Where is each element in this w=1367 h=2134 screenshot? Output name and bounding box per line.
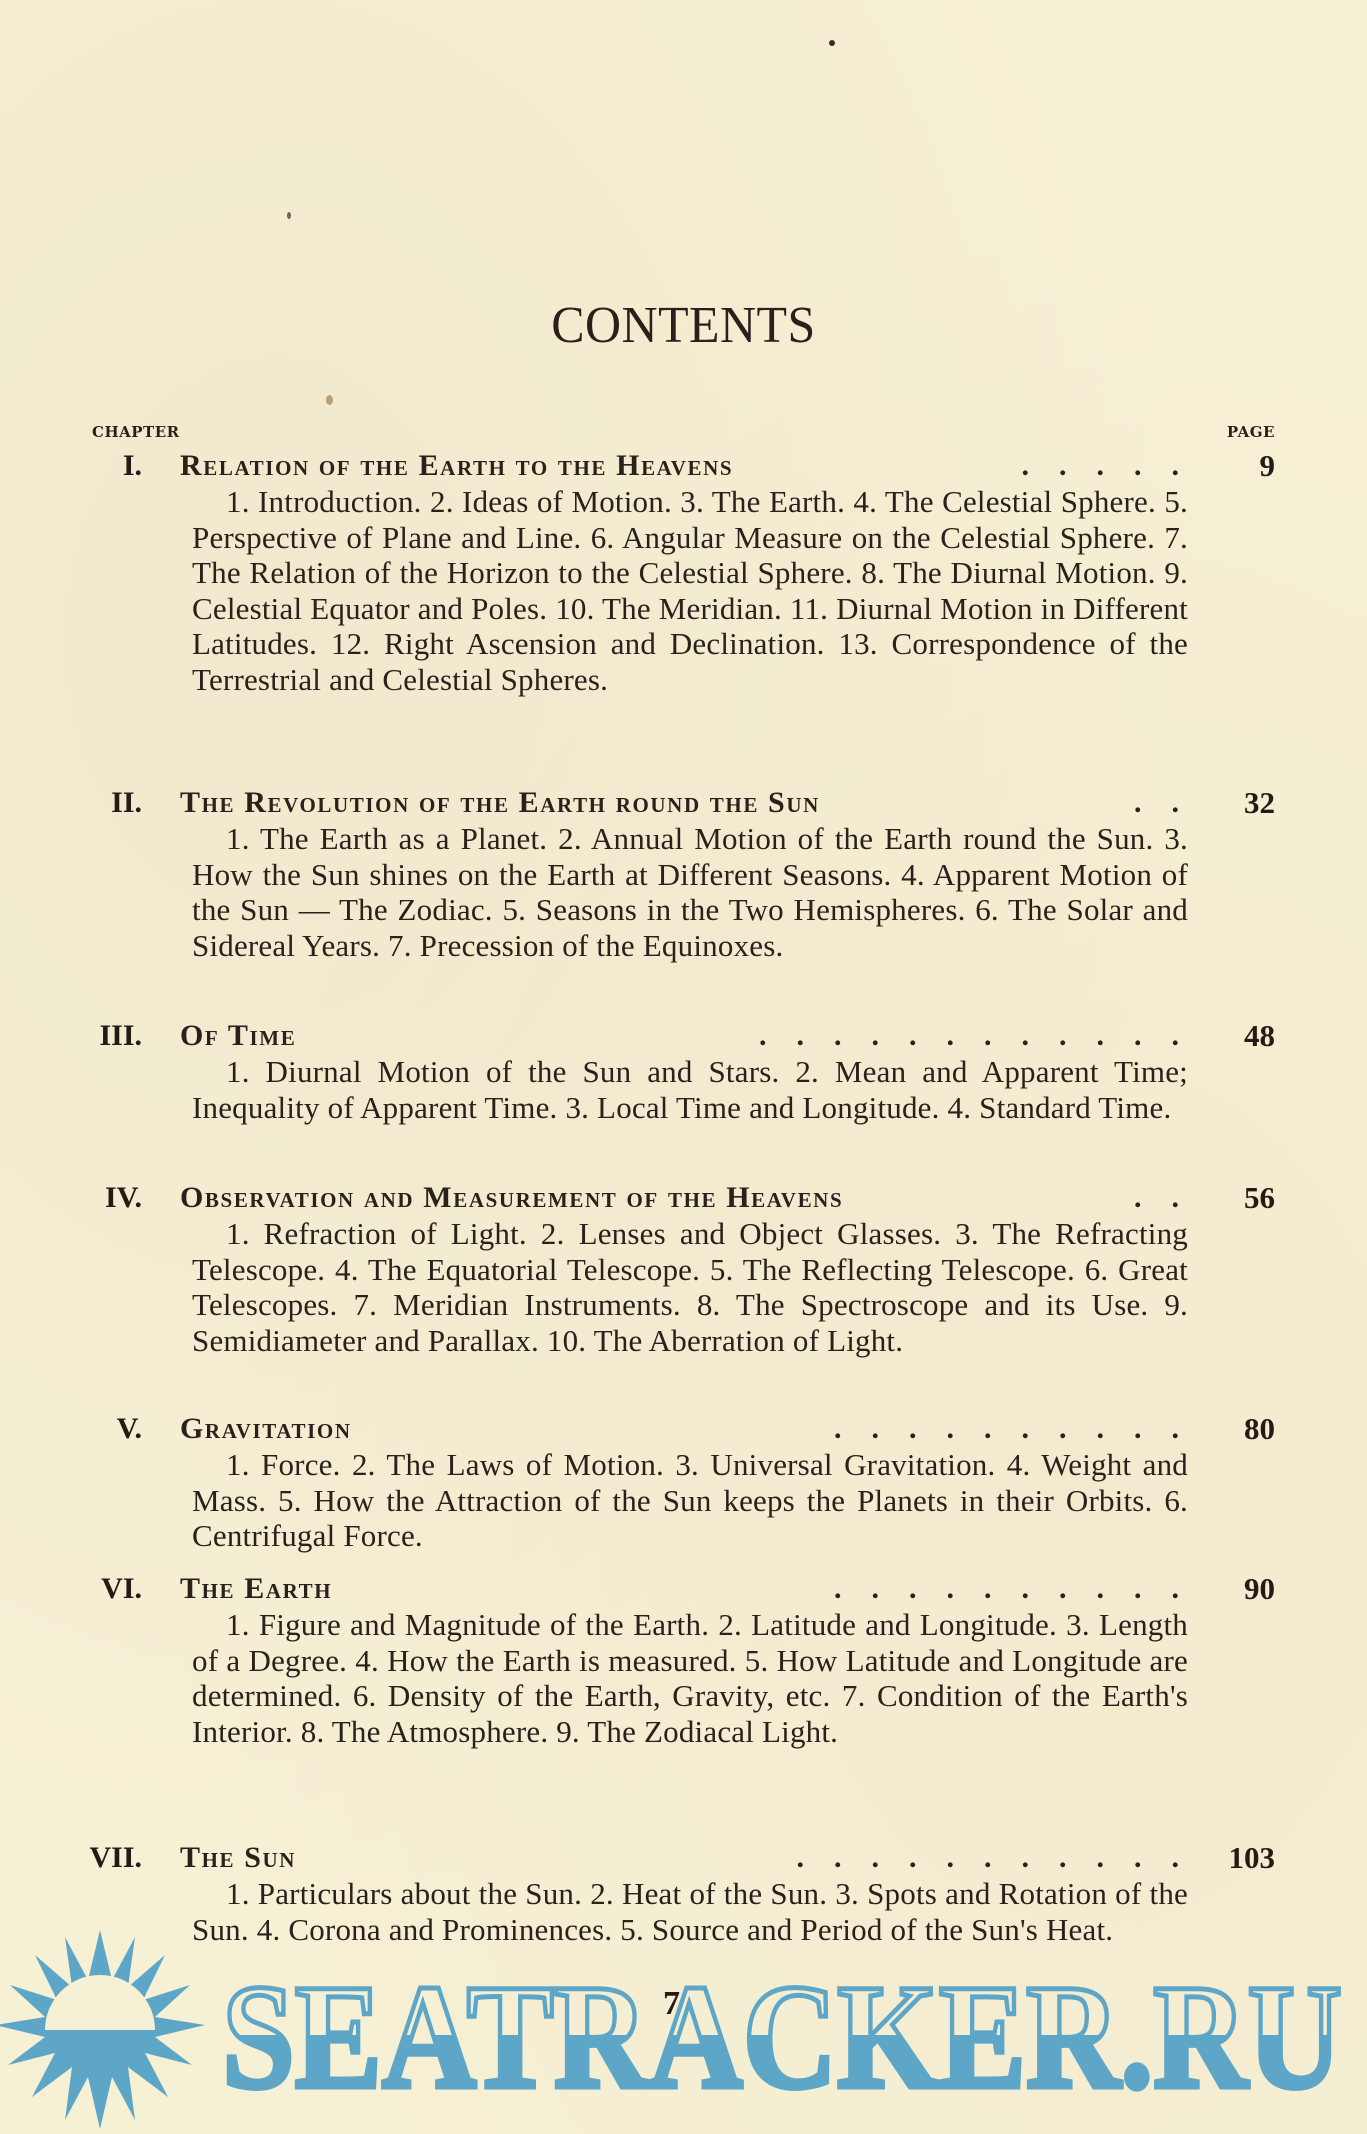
page-number: 7 (663, 1985, 680, 2023)
chapter-page-number[interactable]: 9 (1260, 448, 1276, 484)
chapter-numeral: VII. (89, 1840, 142, 1876)
toc-entry-chapter-5[interactable]: V. Gravitation . . . . . . . . . . 80 1.… (0, 1411, 1367, 1447)
dot-leader: . . (1134, 785, 1179, 821)
dot-leader: . . . . . (1022, 448, 1180, 484)
dot-leader: . . (1134, 1180, 1179, 1216)
chapter-title[interactable]: Observation and Measurement of the Heave… (180, 1180, 843, 1216)
svg-text:SEATRACKER.RU: SEATRACKER.RU (222, 1954, 1342, 2120)
chapter-sections: 1. The Earth as a Planet. 2. Annual Moti… (192, 821, 1188, 963)
svg-text:SEATRACKER.RU: SEATRACKER.RU (222, 1954, 1342, 2120)
chapter-title[interactable]: The Sun (180, 1840, 296, 1876)
chapter-title[interactable]: The Revolution of the Earth round the Su… (180, 785, 820, 821)
toc-entry-chapter-6[interactable]: VI. The Earth . . . . . . . . . . 90 1. … (0, 1571, 1367, 1607)
chapter-title[interactable]: The Earth (180, 1571, 332, 1607)
chapter-sections: 1. Particulars about the Sun. 2. Heat of… (192, 1876, 1188, 1947)
chapter-numeral: III. (99, 1018, 142, 1054)
toc-entry-chapter-1[interactable]: I. Relation of the Earth to the Heavens … (0, 448, 1367, 484)
dot-leader: . . . . . . . . . . (834, 1571, 1179, 1607)
chapter-sections: 1. Figure and Magnitude of the Earth. 2.… (192, 1607, 1188, 1749)
chapter-numeral: II. (111, 785, 142, 821)
chapter-title[interactable]: Relation of the Earth to the Heavens (180, 448, 733, 484)
chapter-title[interactable]: Of Time (180, 1018, 296, 1054)
chapter-page-number[interactable]: 80 (1244, 1411, 1275, 1447)
watermark-text: SEATRACKER.RU SEATRACKER.RU (222, 1954, 1342, 2120)
toc-entry-chapter-2[interactable]: II. The Revolution of the Earth round th… (0, 785, 1367, 821)
scan-speck (287, 212, 291, 219)
toc-entry-chapter-7[interactable]: VII. The Sun . . . . . . . . . . . 103 1… (0, 1840, 1367, 1876)
chapter-page-number[interactable]: 103 (1229, 1840, 1276, 1876)
dot-leader: . . . . . . . . . . (834, 1411, 1179, 1447)
page-title: CONTENTS (27, 296, 1339, 355)
chapter-page-number[interactable]: 32 (1244, 785, 1275, 821)
sun-icon (0, 1930, 205, 2129)
chapter-page-number[interactable]: 90 (1244, 1571, 1275, 1607)
chapter-sections: 1. Force. 2. The Laws of Motion. 3. Univ… (192, 1447, 1188, 1554)
dot-leader: . . . . . . . . . . . (797, 1840, 1180, 1876)
dot-leader: . . . . . . . . . . . . (759, 1018, 1179, 1054)
chapter-page-number[interactable]: 56 (1244, 1180, 1275, 1216)
chapter-numeral: V. (117, 1411, 142, 1447)
chapter-sections: 1. Refraction of Light. 2. Lenses and Ob… (192, 1216, 1188, 1358)
chapter-page-number[interactable]: 48 (1244, 1018, 1275, 1054)
chapter-column-label: CHAPTER (92, 423, 180, 441)
scan-speck (326, 395, 333, 405)
chapter-sections: 1. Diurnal Motion of the Sun and Stars. … (192, 1054, 1188, 1125)
chapter-numeral: I. (123, 448, 142, 484)
page-column-label: PAGE (1227, 423, 1275, 441)
watermark: SEATRACKER.RU SEATRACKER.RU (0, 1925, 1367, 2134)
scan-speck (829, 40, 835, 46)
chapter-sections: 1. Introduction. 2. Ideas of Motion. 3. … (192, 484, 1188, 698)
chapter-numeral: IV. (105, 1180, 142, 1216)
chapter-title[interactable]: Gravitation (180, 1411, 352, 1447)
toc-entry-chapter-3[interactable]: III. Of Time . . . . . . . . . . . . 48 … (0, 1018, 1367, 1054)
chapter-numeral: VI. (101, 1571, 142, 1607)
toc-entry-chapter-4[interactable]: IV. Observation and Measurement of the H… (0, 1180, 1367, 1216)
